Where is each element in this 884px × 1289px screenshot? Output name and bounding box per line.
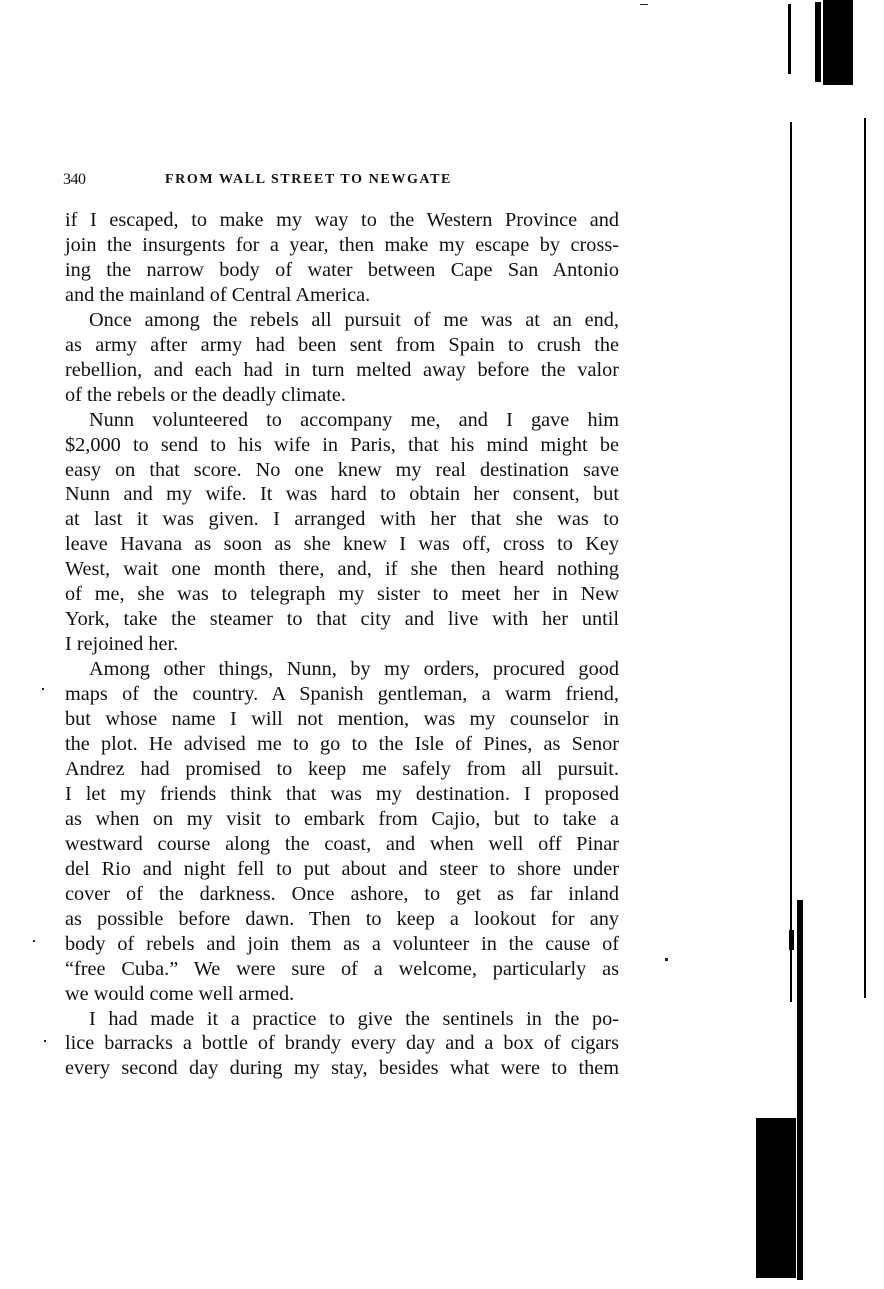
text-line: “free Cuba.” We were sure of a welcome, … — [65, 957, 619, 982]
text-line: as army after army had been sent from Sp… — [65, 333, 619, 358]
paragraph: Once among the rebels all pursuit of me … — [65, 308, 619, 408]
text-line: I had made it a practice to give the sen… — [65, 1007, 619, 1032]
body-text: if I escaped, to make my way to the West… — [65, 208, 619, 1081]
text-line: westward course along the coast, and whe… — [65, 832, 619, 857]
text-line: we would come well armed. — [65, 982, 619, 1007]
text-line: ing the narrow body of water between Cap… — [65, 258, 619, 283]
text-line: and the mainland of Central America. — [65, 283, 619, 308]
text-line: cover of the darkness. Once ashore, to g… — [65, 882, 619, 907]
text-line: join the insurgents for a year, then mak… — [65, 233, 619, 258]
book-page: 340 FROM WALL STREET TO NEWGATE if I esc… — [0, 0, 884, 1289]
text-line: Nunn volunteered to accompany me, and I … — [65, 408, 619, 433]
text-line: at last it was given. I arranged with he… — [65, 507, 619, 532]
text-line: leave Havana as soon as she knew I was o… — [65, 532, 619, 557]
text-line: Nunn and my wife. It was hard to obtain … — [65, 482, 619, 507]
text-line: I rejoined her. — [65, 632, 619, 657]
text-line: but whose name I will not mention, was m… — [65, 707, 619, 732]
paragraph: Among other things, Nunn, by my orders, … — [65, 657, 619, 1006]
text-line: I let my friends think that was my desti… — [65, 782, 619, 807]
text-line: as when on my visit to embark from Cajio… — [65, 807, 619, 832]
text-line: every second day during my stay, besides… — [65, 1056, 619, 1081]
text-line: rebellion, and each had in turn melted a… — [65, 358, 619, 383]
paragraph: I had made it a practice to give the sen… — [65, 1007, 619, 1082]
text-line: West, wait one month there, and, if she … — [65, 557, 619, 582]
text-line: easy on that score. No one knew my real … — [65, 458, 619, 483]
text-line: the plot. He advised me to go to the Isl… — [65, 732, 619, 757]
text-line: maps of the country. A Spanish gentleman… — [65, 682, 619, 707]
text-line: Once among the rebels all pursuit of me … — [65, 308, 619, 333]
text-line: if I escaped, to make my way to the West… — [65, 208, 619, 233]
text-line: as possible before dawn. Then to keep a … — [65, 907, 619, 932]
running-head: 340 FROM WALL STREET TO NEWGATE — [63, 171, 623, 193]
text-line: Among other things, Nunn, by my orders, … — [65, 657, 619, 682]
text-line: lice barracks a bottle of brandy every d… — [65, 1031, 619, 1056]
paragraph: if I escaped, to make my way to the West… — [65, 208, 619, 308]
running-title: FROM WALL STREET TO NEWGATE — [165, 172, 452, 188]
text-line: $2,000 to send to his wife in Paris, tha… — [65, 433, 619, 458]
text-line: York, take the steamer to that city and … — [65, 607, 619, 632]
text-line: of me, she was to telegraph my sister to… — [65, 582, 619, 607]
text-line: Andrez had promised to keep me safely fr… — [65, 757, 619, 782]
text-line: body of rebels and join them as a volunt… — [65, 932, 619, 957]
paragraph: Nunn volunteered to accompany me, and I … — [65, 408, 619, 658]
text-line: of the rebels or the deadly climate. — [65, 383, 619, 408]
page-number: 340 — [63, 171, 86, 189]
text-line: del Rio and night fell to put about and … — [65, 857, 619, 882]
